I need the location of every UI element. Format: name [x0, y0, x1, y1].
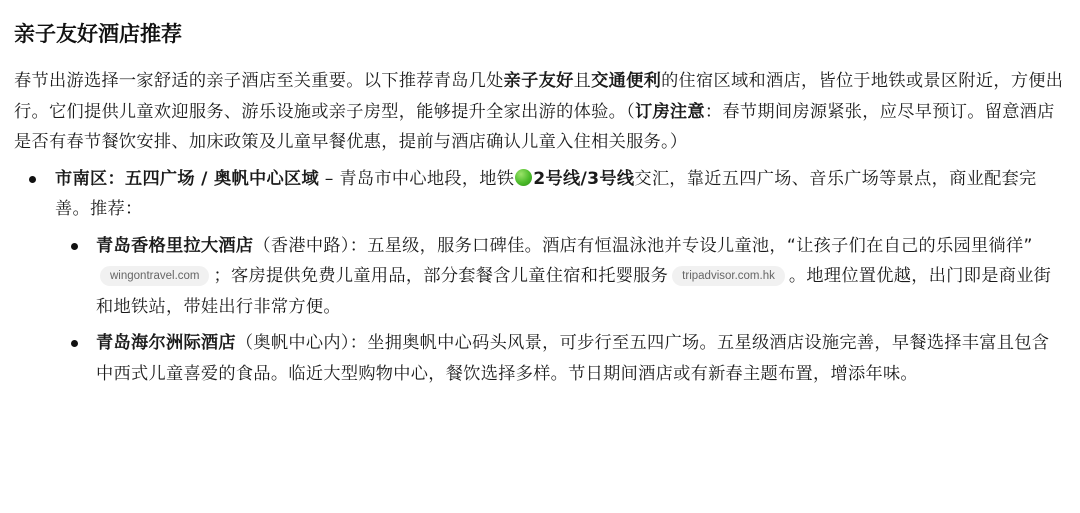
area-title: 市南区：五四广场 / 奥帆中心区域 — [55, 169, 319, 189]
hotel-name: 青岛海尔洲际酒店 — [96, 333, 236, 353]
hotel-list: 青岛香格里拉大酒店（香港中路）：五星级，服务口碑佳。酒店有恒温泳池并专设儿童池，… — [55, 231, 1066, 390]
section-heading: 亲子友好酒店推荐 — [14, 0, 1066, 54]
hotel-item: 青岛香格里拉大酒店（香港中路）：五星级，服务口碑佳。酒店有恒温泳池并专设儿童池，… — [55, 231, 1066, 323]
source-link-chip[interactable]: tripadvisor.com.hk — [672, 266, 785, 286]
intro-bold-family-friendly: 亲子友好 — [504, 71, 574, 91]
hotel-item: 青岛海尔洲际酒店（奥帆中心内）：坐拥奥帆中心码头风景，可步行至五四广场。五星级酒… — [55, 328, 1066, 389]
source-link-chip[interactable]: wingontravel.com — [100, 266, 209, 286]
hotel-name: 青岛香格里拉大酒店 — [96, 236, 253, 256]
intro-paragraph: 春节出游选择一家舒适的亲子酒店至关重要。以下推荐青岛几处亲子友好且交通便利的住宿… — [14, 66, 1066, 158]
intro-text: 春节出游选择一家舒适的亲子酒店至关重要。以下推荐青岛几处 — [14, 71, 504, 91]
intro-text: 且 — [574, 71, 592, 91]
hotel-desc: ；客房提供免费儿童用品，部分套餐含儿童住宿和托婴服务 — [213, 266, 668, 286]
intro-bold-transport: 交通便利 — [591, 71, 661, 91]
area-desc: – 青岛市中心地段，地铁 — [319, 169, 514, 189]
area-item: 市南区：五四广场 / 奥帆中心区域 – 青岛市中心地段，地铁2号线/3号线交汇，… — [14, 164, 1066, 390]
document: 亲子友好酒店推荐 春节出游选择一家舒适的亲子酒店至关重要。以下推荐青岛几处亲子友… — [0, 0, 1080, 389]
area-list: 市南区：五四广场 / 奥帆中心区域 – 青岛市中心地段，地铁2号线/3号线交汇，… — [14, 164, 1066, 390]
metro-lines: 2号线/3号线 — [533, 169, 634, 189]
hotel-location: （香港中路） — [253, 236, 349, 256]
metro-green-circle-icon — [515, 169, 532, 186]
intro-bold-booking-note: 订房注意 — [635, 102, 705, 122]
hotel-desc: ：五星级，服务口碑佳。酒店有恒温泳池并专设儿童池，“让孩子们在自己的乐园里徜徉” — [350, 236, 1033, 256]
hotel-location: （奥帆中心内） — [236, 333, 350, 353]
